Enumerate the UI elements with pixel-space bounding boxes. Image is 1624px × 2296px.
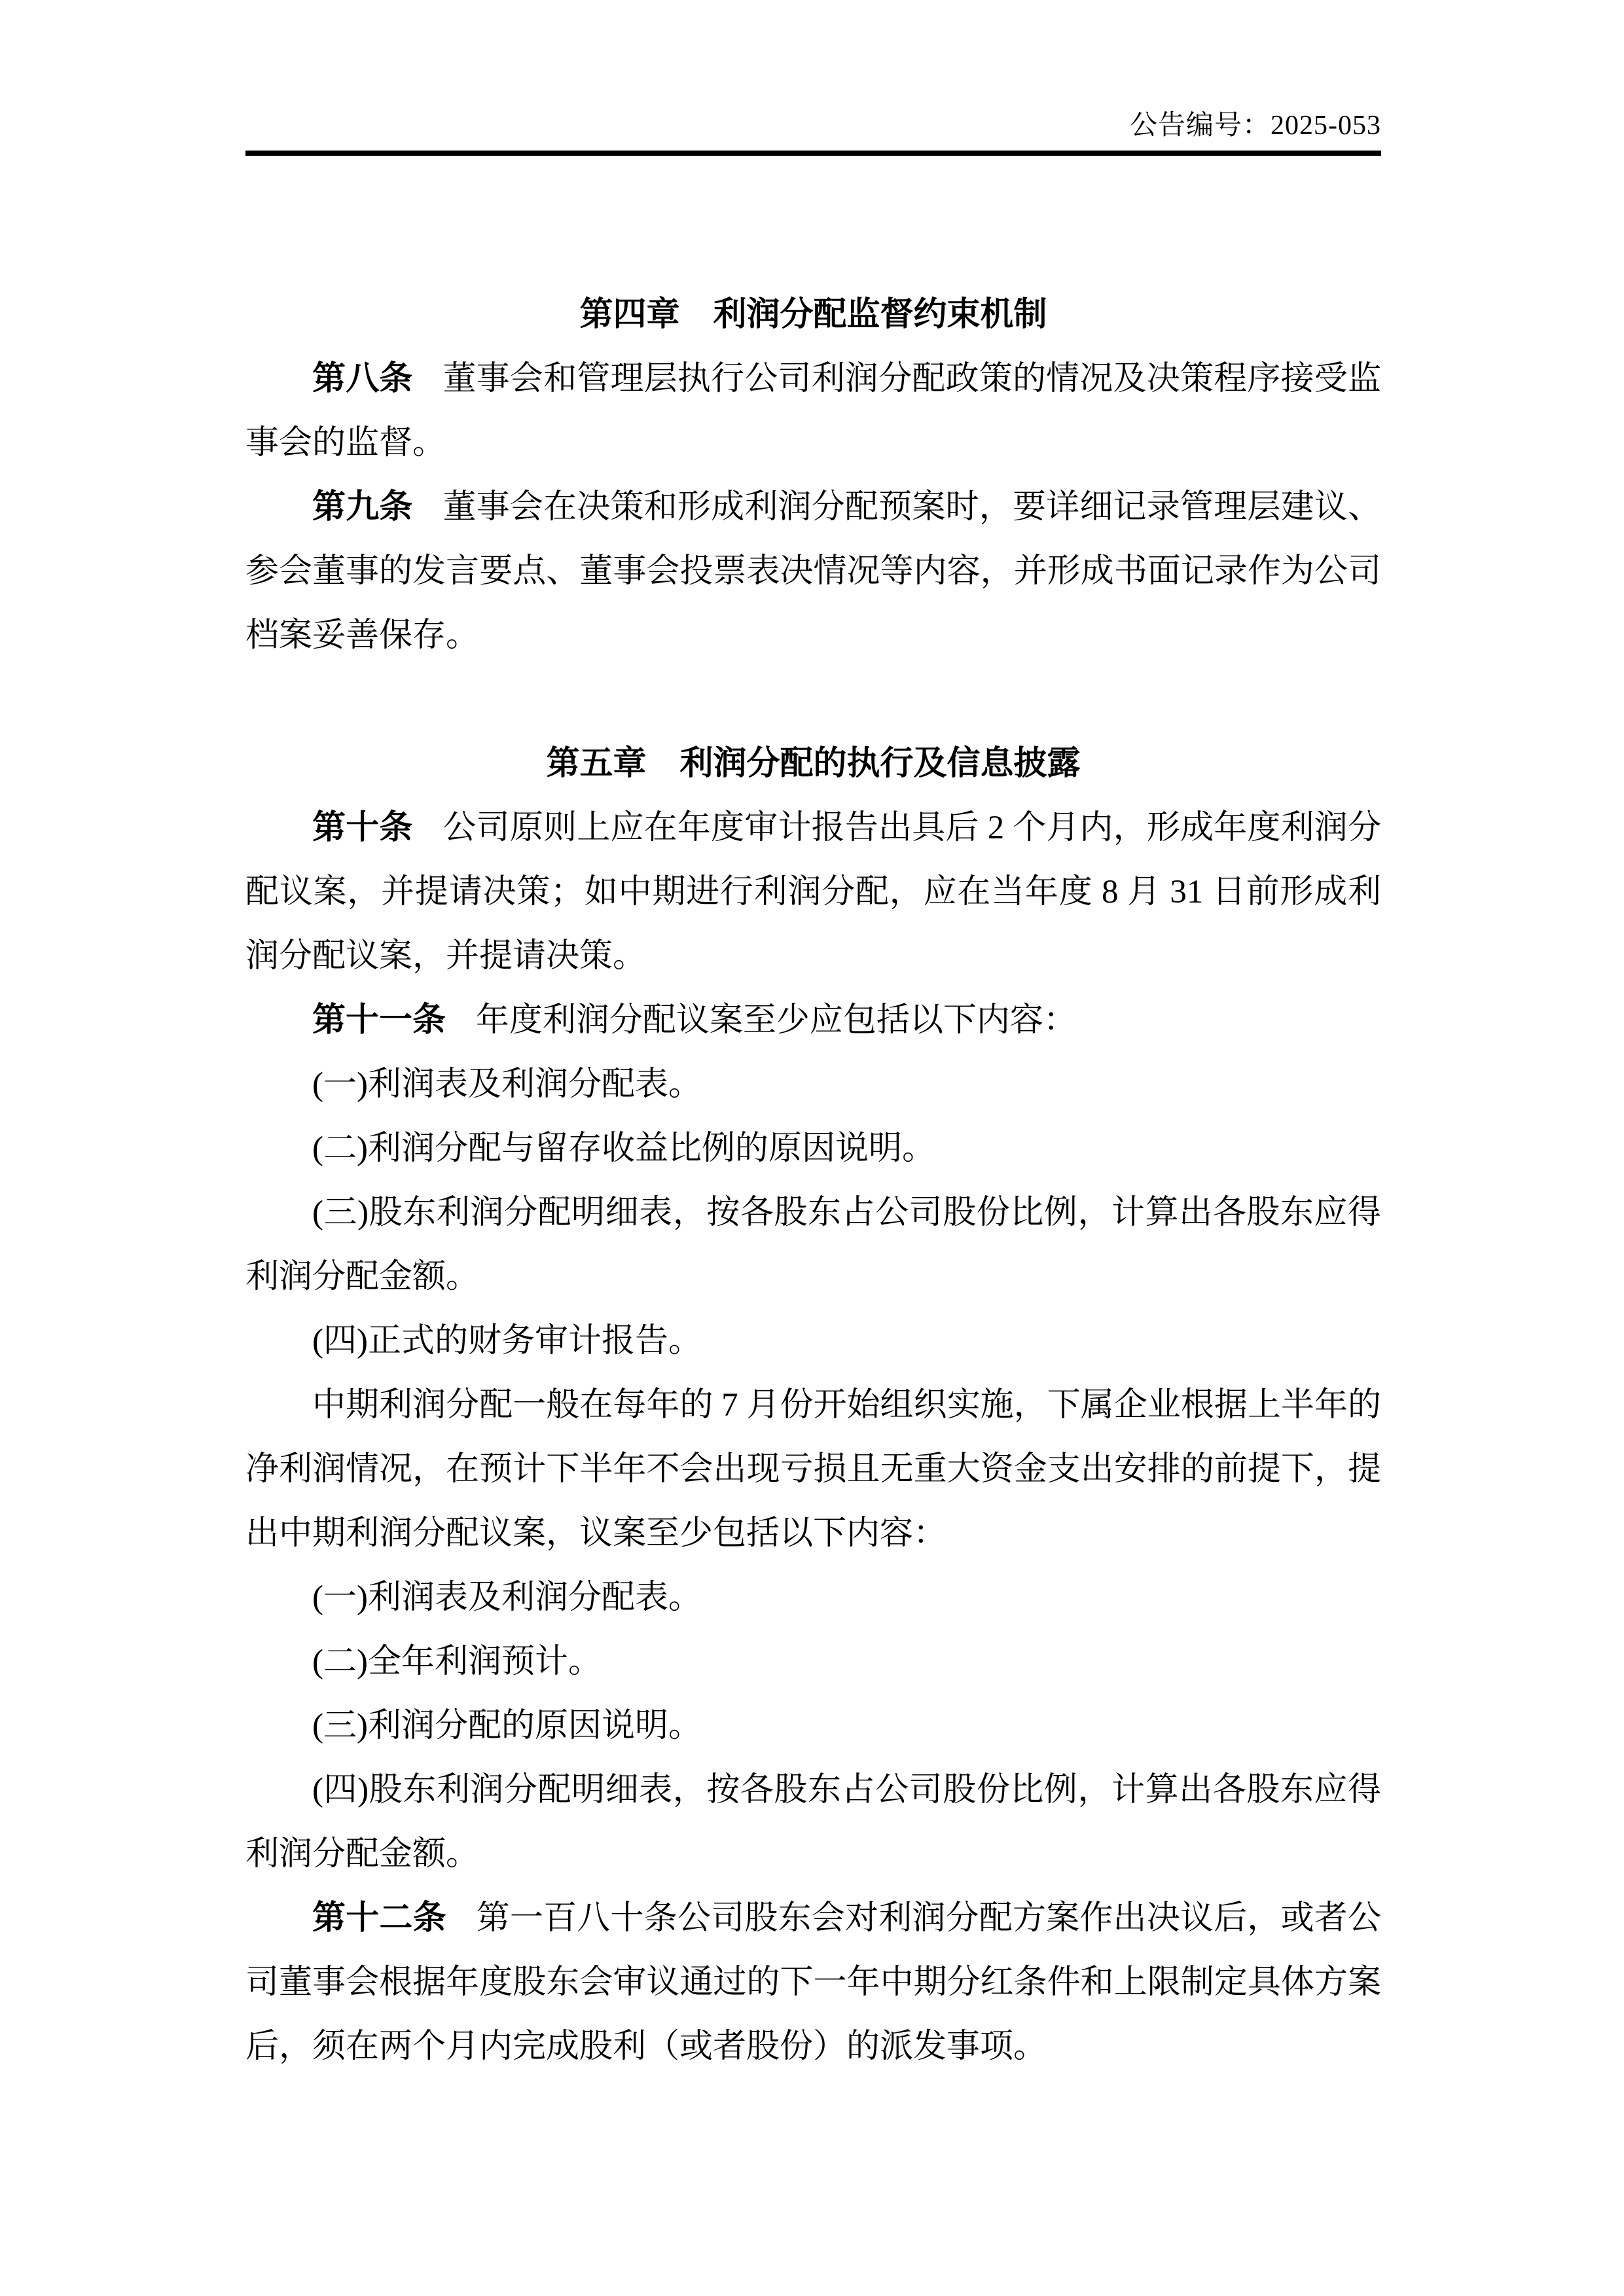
- article-paragraph-9: 第九条董事会在决策和形成利润分配预案时，要详细记录管理层建议、参会董事的发言要点…: [245, 475, 1381, 668]
- paragraph-interim-intro: 中期利润分配一般在每年的 7 月份开始组织实施，下属企业根据上半年的净利润情况，…: [245, 1373, 1381, 1566]
- list-item-annual-2: (二)利润分配与留存收益比例的原因说明。: [245, 1117, 1381, 1181]
- article-paragraph-10: 第十条公司原则上应在年度审计报告出具后 2 个月内，形成年度利润分配议案，并提请…: [245, 796, 1381, 988]
- header-rule: [245, 151, 1381, 156]
- article-label-12: 第十二条: [312, 1900, 446, 1937]
- list-item-annual-4: (四)正式的财务审计报告。: [245, 1309, 1381, 1373]
- list-item-interim-2: (二)全年利润预计。: [245, 1630, 1381, 1694]
- list-item-interim-3: (三)利润分配的原因说明。: [245, 1694, 1381, 1758]
- article-paragraph-11: 第十一条年度利润分配议案至少应包括以下内容：: [245, 988, 1381, 1052]
- announcement-number: 公告编号：2025-053: [245, 110, 1381, 141]
- article-text-10: 公司原则上应在年度审计报告出具后 2 个月内，形成年度利润分配议案，并提请决策；…: [245, 810, 1381, 975]
- list-item-annual-3: (三)股东利润分配明细表，按各股东占公司股份比例，计算出各股东应得利润分配金额。: [245, 1181, 1381, 1309]
- article-text-8: 董事会和管理层执行公司利润分配政策的情况及决策程序接受监事会的监督。: [245, 361, 1381, 461]
- list-item-interim-1: (一)利润表及利润分配表。: [245, 1566, 1381, 1630]
- list-item-interim-4: (四)股东利润分配明细表，按各股东占公司股份比例，计算出各股东应得利润分配金额。: [245, 1758, 1381, 1886]
- document-page: 公告编号：2025-053 第四章 利润分配监督约束机制 第八条董事会和管理层执…: [0, 0, 1624, 2296]
- article-label-8: 第八条: [312, 361, 413, 397]
- article-label-9: 第九条: [312, 489, 413, 526]
- article-label-11: 第十一条: [312, 1002, 446, 1039]
- article-text-11: 年度利润分配议案至少应包括以下内容：: [476, 1002, 1077, 1039]
- chapter-heading-5: 第五章 利润分配的执行及信息披露: [245, 732, 1381, 796]
- article-label-10: 第十条: [312, 810, 413, 846]
- article-paragraph-8: 第八条董事会和管理层执行公司利润分配政策的情况及决策程序接受监事会的监督。: [245, 347, 1381, 475]
- chapter-heading-4: 第四章 利润分配监督约束机制: [245, 283, 1381, 347]
- article-paragraph-12: 第十二条第一百八十条公司股东会对利润分配方案作出决议后，或者公司董事会根据年度股…: [245, 1886, 1381, 2079]
- article-text-9: 董事会在决策和形成利润分配预案时，要详细记录管理层建议、参会董事的发言要点、董事…: [245, 489, 1381, 654]
- list-item-annual-1: (一)利润表及利润分配表。: [245, 1052, 1381, 1117]
